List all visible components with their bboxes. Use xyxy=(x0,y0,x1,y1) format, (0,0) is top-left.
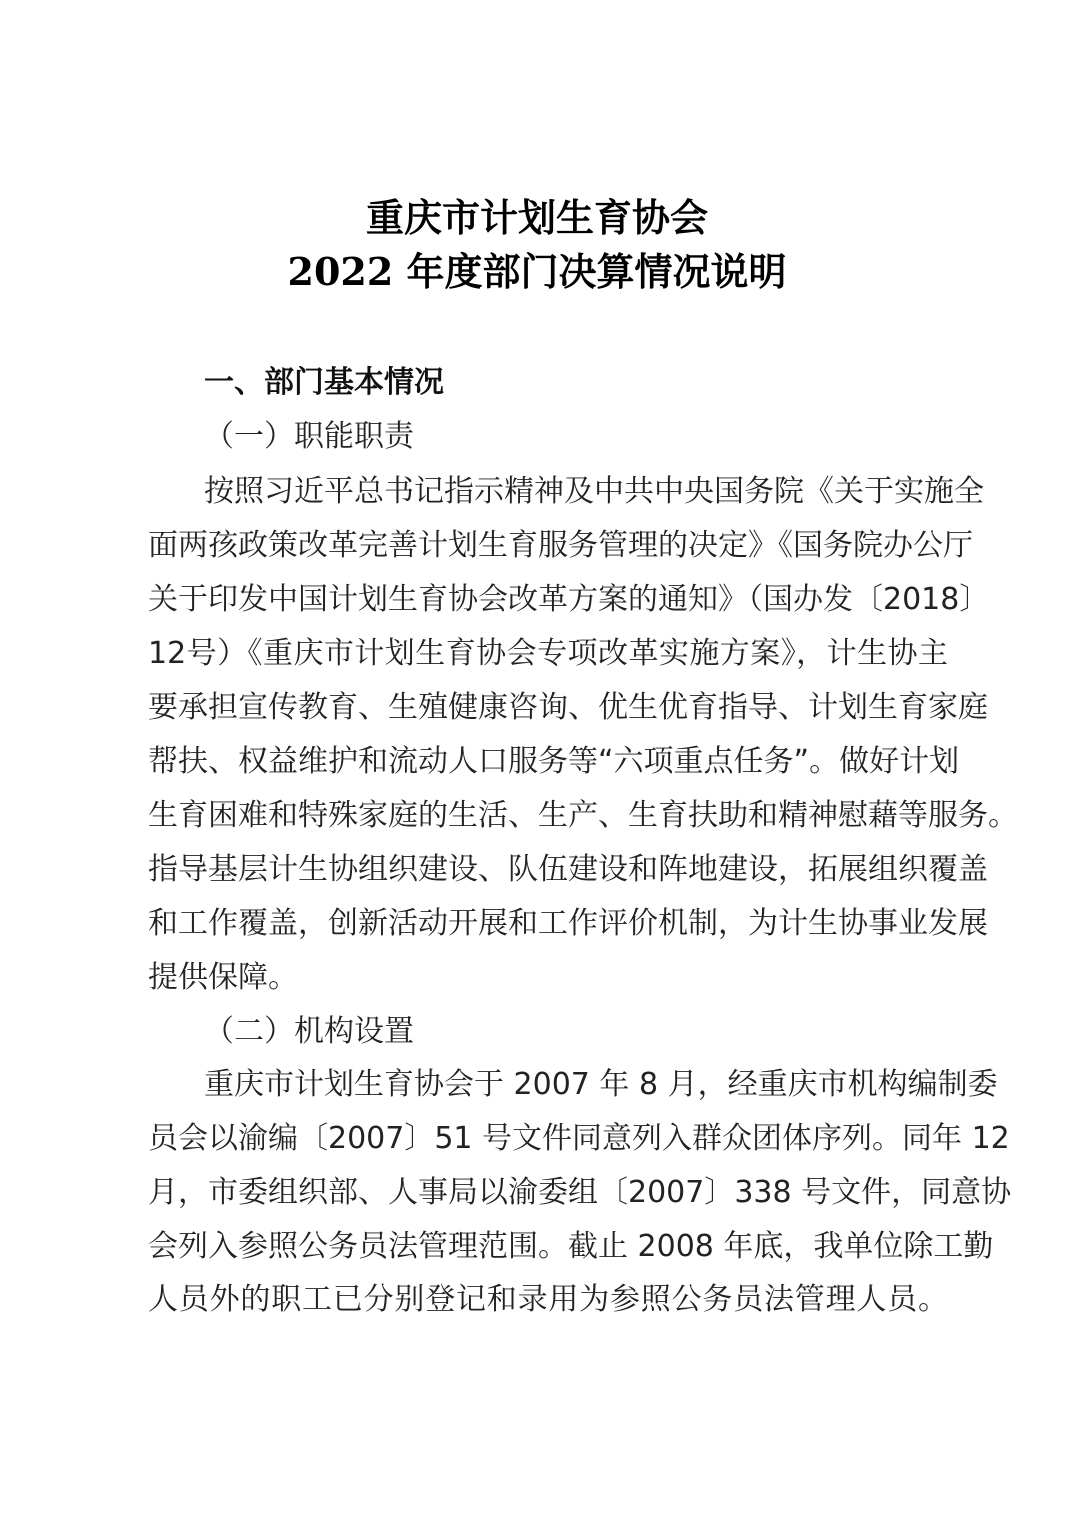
document-title-line1: 重庆市计划生育协会 xyxy=(0,191,1074,245)
subsection-heading-functions: （一）职能职责 xyxy=(204,410,1004,464)
paragraph-line: 会列入参照公务员法管理范围。截止 2008 年底，我单位除工勤 xyxy=(148,1220,948,1274)
paragraph-line: 按照习近平总书记指示精神及中共中央国务院《关于实施全 xyxy=(204,465,948,519)
paragraph-line: 指导基层计生协组织建设、队伍建设和阵地建设，拓展组织覆盖 xyxy=(148,843,948,897)
paragraph-line: 人员外的职工已分别登记和录用为参照公务员法管理人员。 xyxy=(148,1273,948,1327)
section-heading: 一、部门基本情况 xyxy=(204,356,1004,410)
paragraph-line: 和工作覆盖，创新活动开展和工作评价机制，为计生协事业发展 xyxy=(148,897,948,951)
document-page: 重庆市计划生育协会 2022 年度部门决算情况说明 一、部门基本情况 （一）职能… xyxy=(0,0,1074,1520)
paragraph-line: 重庆市计划生育协会于 2007 年 8 月，经重庆市机构编制委 xyxy=(204,1058,948,1112)
subsection-heading-structure: （二）机构设置 xyxy=(204,1005,1004,1059)
paragraph-line: 员会以渝编〔2007〕51 号文件同意列入群众团体序列。同年 12 xyxy=(148,1112,948,1166)
paragraph-line: 生育困难和特殊家庭的生活、生产、生育扶助和精神慰藉等服务。 xyxy=(148,789,948,843)
paragraph-line: 帮扶、权益维护和流动人口服务等“六项重点任务”。做好计划 xyxy=(148,735,948,789)
paragraph-line: 关于印发中国计划生育协会改革方案的通知》（国办发〔2018〕 xyxy=(148,573,948,627)
paragraph-line: 12号）《重庆市计划生育协会专项改革实施方案》，计生协主 xyxy=(148,627,948,681)
paragraph-line: 月，市委组织部、人事局以渝委组〔2007〕338 号文件，同意协 xyxy=(148,1166,948,1220)
paragraph-line: 提供保障。 xyxy=(148,951,948,1005)
paragraph-line: 面两孩政策改革完善计划生育服务管理的决定》《国务院办公厅 xyxy=(148,519,948,573)
paragraph-line: 要承担宣传教育、生殖健康咨询、优生优育指导、计划生育家庭 xyxy=(148,681,948,735)
document-title-line2: 2022 年度部门决算情况说明 xyxy=(0,245,1074,299)
